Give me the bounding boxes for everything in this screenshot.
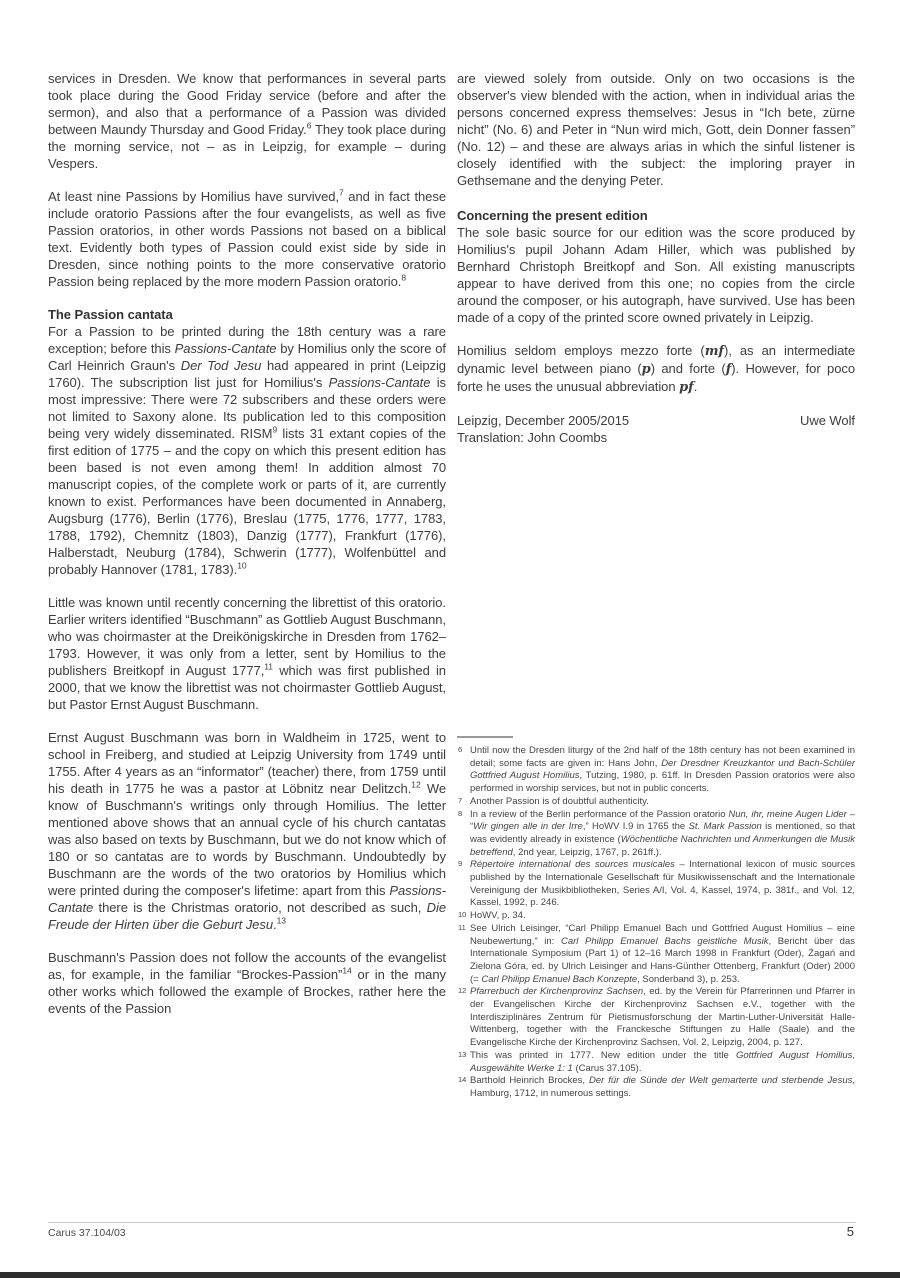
text-segment: This was printed in 1777. New edition un… (470, 1050, 736, 1061)
footnote-ref: 10 (237, 561, 246, 571)
footnote-ref: 12 (411, 780, 420, 790)
text-segment: At least nine Passions by Homilius have … (48, 189, 339, 204)
text-segment: and in fact these include oratorio Passi… (48, 189, 446, 289)
footnote-number: 13 (458, 1049, 466, 1062)
text-segment: , 2nd year, Leipzig, 1767, p. 261ff.). (513, 847, 662, 858)
text-segment: In a review of the Berlin performance of… (470, 809, 728, 820)
footnote: 8In a review of the Berlin performance o… (457, 809, 855, 860)
edition-number: Carus 37.104/03 (48, 1227, 126, 1239)
document-page: services in Dresden. We know that perfor… (0, 0, 900, 1278)
paragraph: For a Passion to be printed during the 1… (48, 323, 446, 578)
text-segment: p (642, 362, 651, 377)
footnote-number: 12 (458, 985, 466, 998)
footnote: 6Until now the Dresden liturgy of the 2n… (457, 745, 855, 796)
footnote-number: 7 (458, 795, 462, 808)
text-segment: Wir gingen alle in der Irre (473, 821, 583, 832)
footnotes-section: 6Until now the Dresden liturgy of the 2n… (457, 736, 855, 1101)
signature-place-date: Leipzig, December 2005/2015 (457, 412, 629, 429)
footnote: 12Pfarrerbuch der Kirchenprovinz Sachsen… (457, 986, 855, 1050)
paragraph: Little was known until recently concerni… (48, 594, 446, 713)
footnote-number: 11 (458, 922, 466, 935)
footnote-separator-rule (457, 736, 513, 738)
section-heading: The Passion cantata (48, 306, 446, 323)
text-segment: ,” HoWV I.9 in 1765 the (583, 821, 689, 832)
footnote-ref: 11 (264, 662, 273, 672)
text-segment: are viewed solely from outside. Only on … (457, 71, 855, 188)
text-segment: The sole basic source for our edition wa… (457, 225, 855, 325)
signature-block: Leipzig, December 2005/2015Uwe WolfTrans… (457, 412, 855, 446)
paragraph: are viewed solely from outside. Only on … (457, 70, 855, 189)
paragraph: Buschmann's Passion does not follow the … (48, 949, 446, 1017)
footnote-ref: 13 (277, 916, 286, 926)
footnote: 11See Ulrich Leisinger, “Carl Philipp Em… (457, 923, 855, 987)
text-segment: pf (679, 380, 694, 395)
footnote: 7Another Passion is of doubtful authenti… (457, 796, 855, 809)
text-segment: mf (705, 344, 724, 359)
section-heading: Concerning the present edition (457, 207, 855, 224)
text-segment: Carl Philipp Emanuel Bach Konzepte (481, 974, 637, 985)
text-segment: Répertoire international des sources mus… (470, 859, 675, 870)
signature-translator: Translation: John Coombs (457, 429, 855, 446)
page-bottom-edge (0, 1272, 900, 1278)
text-segment: lists 31 extant copies of the first edit… (48, 426, 446, 577)
footnote: 14Barthold Heinrich Brockes, Der für die… (457, 1075, 855, 1100)
paragraph: Ernst August Buschmann was born in Waldh… (48, 729, 446, 933)
right-column: are viewed solely from outside. Only on … (457, 70, 855, 446)
footnote: 9Répertoire international des sources mu… (457, 859, 855, 910)
footer-rule (48, 1222, 856, 1223)
footnote-number: 6 (458, 744, 462, 757)
text-segment: Pfarrerbuch der Kirchenprovinz Sachsen (470, 986, 643, 997)
text-segment: . (694, 379, 698, 394)
paragraph: At least nine Passions by Homilius have … (48, 188, 446, 290)
text-segment: Passions-Cantate (175, 341, 277, 356)
paragraph: services in Dresden. We know that perfor… (48, 70, 446, 172)
text-segment: We know of Buschmann's writings only thr… (48, 781, 446, 898)
text-segment: Carl Philipp Emanuel Bachs geistliche Mu… (561, 936, 769, 947)
footnote: 13This was printed in 1777. New edition … (457, 1050, 855, 1075)
footnote-ref: 14 (342, 966, 351, 976)
paragraph: Homilius seldom employs mezzo forte (mf)… (457, 342, 855, 396)
text-segment: Passions-Cantate (329, 375, 431, 390)
footnote: 10HoWV, p. 34. (457, 910, 855, 923)
text-segment: Another Passion is of doubtful authentic… (470, 796, 649, 807)
text-segment: , Sonderband 3), p. 253. (637, 974, 739, 985)
left-column: services in Dresden. We know that perfor… (48, 70, 446, 1033)
signature-author: Uwe Wolf (800, 412, 855, 429)
text-segment: St. Mark Passion (689, 821, 762, 832)
footnote-number: 8 (458, 808, 462, 821)
text-segment: Der Tod Jesu (181, 358, 262, 373)
footnote-number: 10 (458, 909, 466, 922)
footnote-ref: 8 (401, 273, 406, 283)
text-segment: (Carus 37.105). (573, 1063, 642, 1074)
text-segment: HoWV, p. 34. (470, 910, 526, 921)
footnote-number: 14 (458, 1074, 466, 1087)
page-number: 5 (847, 1224, 854, 1239)
text-segment: Nun, ihr, meine Augen Lider (728, 809, 846, 820)
paragraph: The sole basic source for our edition wa… (457, 224, 855, 326)
text-segment: Homilius seldom employs mezzo forte ( (457, 343, 705, 358)
text-segment: Barthold Heinrich Brockes, (470, 1075, 589, 1086)
text-segment: ) and forte ( (651, 361, 726, 376)
text-segment: there is the Christmas oratorio, not des… (93, 900, 426, 915)
footnote-number: 9 (458, 858, 462, 871)
text-segment: Der für die Sünde der Welt gemarterte un… (589, 1075, 852, 1086)
footnote-list: 6Until now the Dresden liturgy of the 2n… (457, 745, 855, 1101)
text-segment: Ernst August Buschmann was born in Waldh… (48, 730, 446, 796)
signature-row: Leipzig, December 2005/2015Uwe Wolf (457, 412, 855, 429)
